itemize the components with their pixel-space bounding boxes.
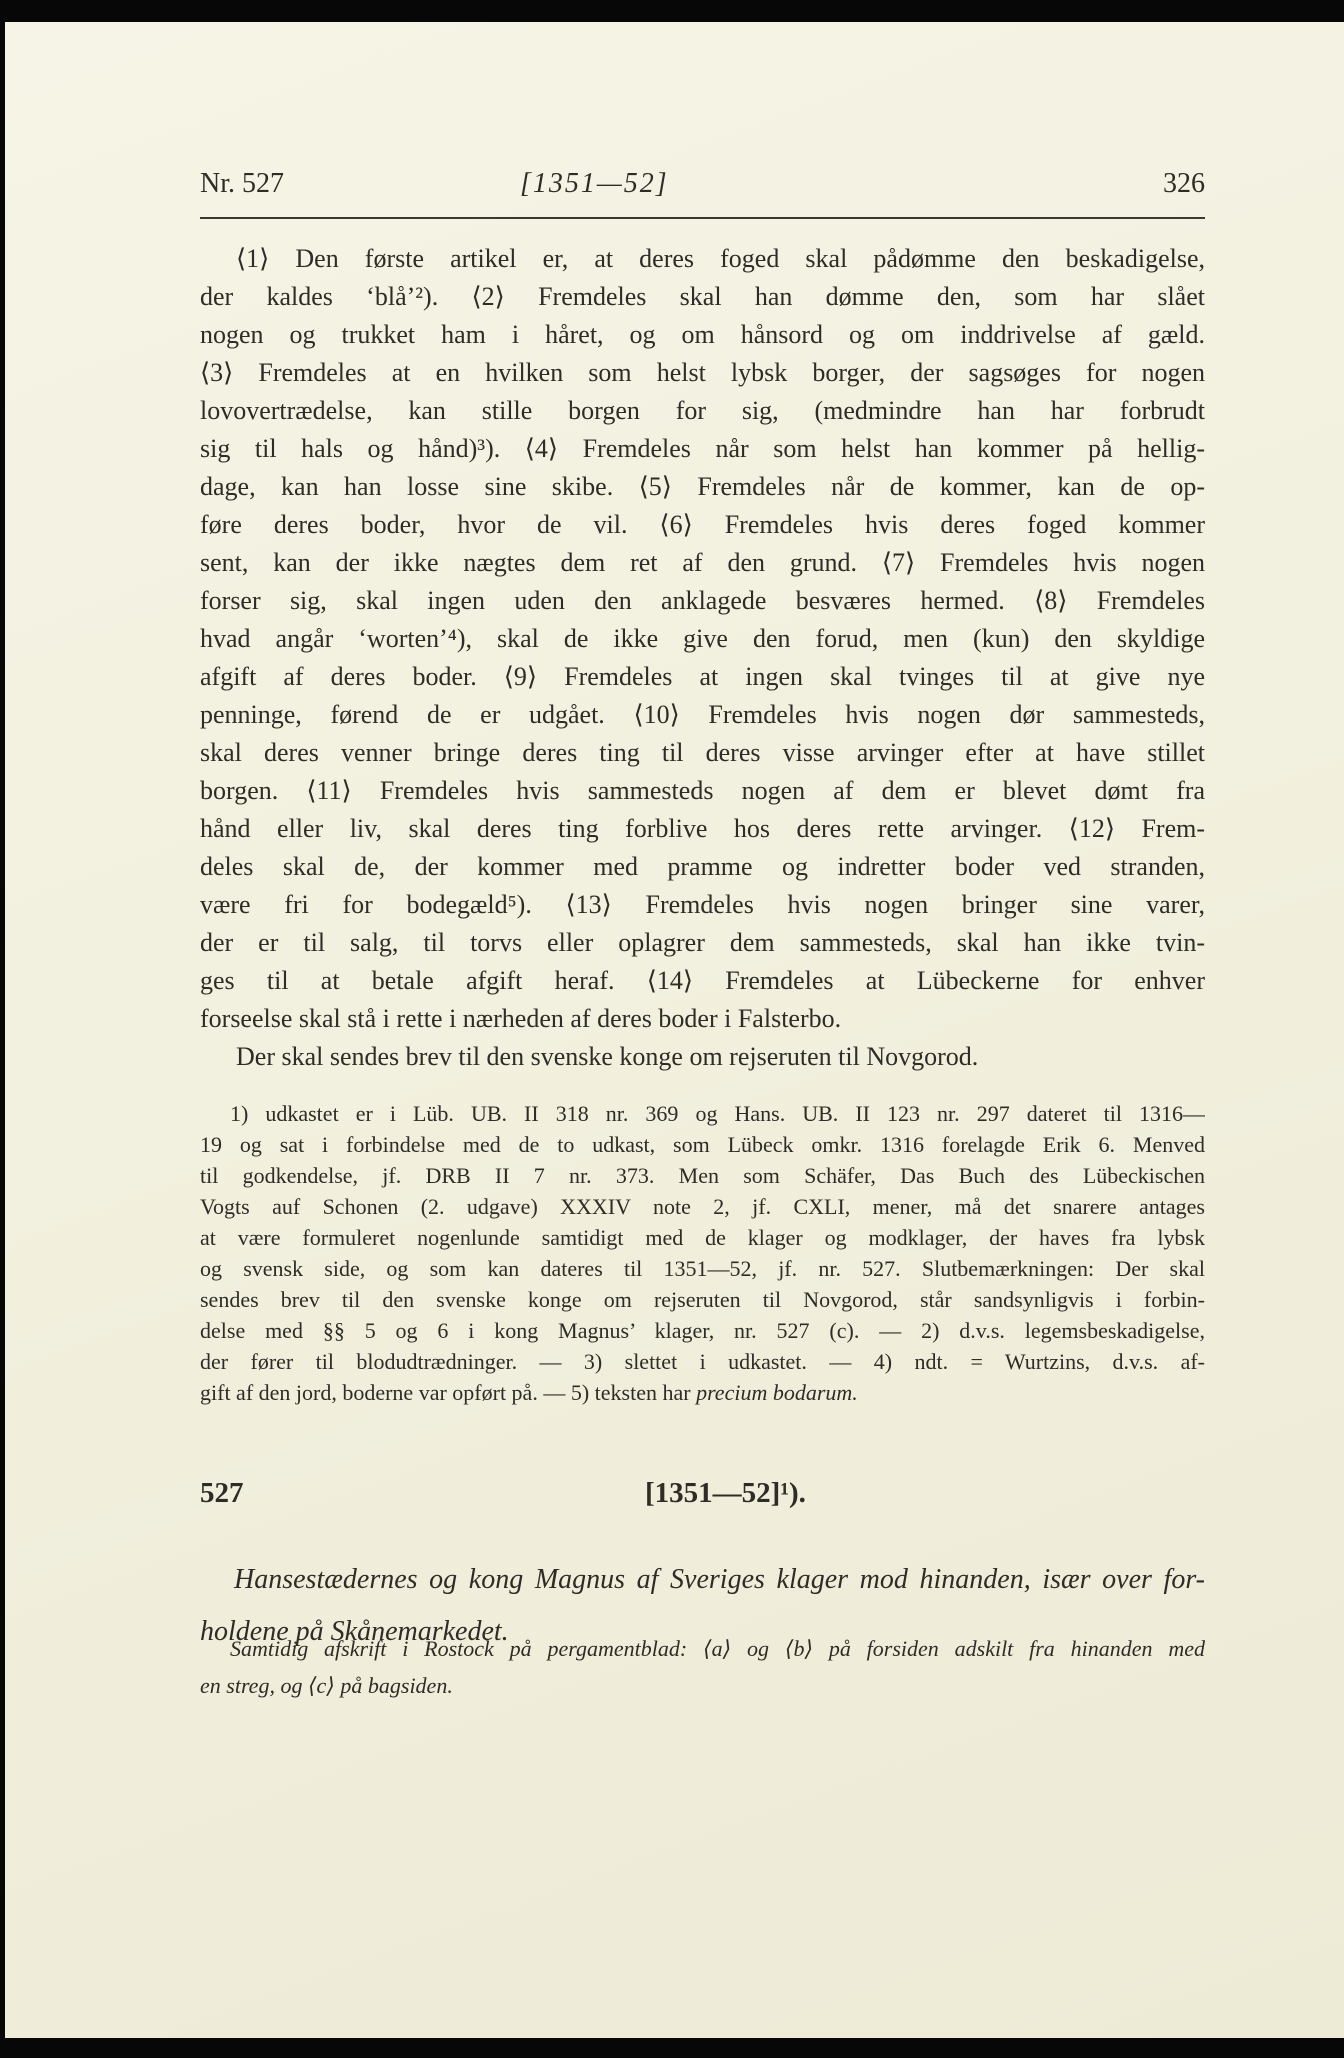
- page-header: Nr. 527 [1351—52] 326: [200, 168, 1205, 208]
- text-line: gift af den jord, boderne var opført på.…: [200, 1377, 1205, 1408]
- text-line: Samtidig afskrift i Rostock på pergament…: [200, 1630, 1205, 1667]
- text-line: forser sig, skal ingen uden den anklaged…: [200, 582, 1205, 620]
- text-line: der er til salg, til torvs eller oplagre…: [200, 924, 1205, 962]
- text-line: Der skal sendes brev til den svenske kon…: [200, 1038, 1205, 1076]
- italic-text-segment: precium bodarum.: [696, 1380, 858, 1405]
- text-line: sendes brev til den svenske konge om rej…: [200, 1284, 1205, 1315]
- text-line: ges til at betale afgift heraf. ⟨14⟩ Fre…: [200, 962, 1205, 1000]
- text-line: lovovertrædelse, kan stille borgen for s…: [200, 392, 1205, 430]
- text-line: nogen og trukket ham i håret, og om håns…: [200, 316, 1205, 354]
- text-line: ⟨3⟩ Fremdeles at en hvilken som helst ly…: [200, 354, 1205, 392]
- section-number: 527: [200, 1477, 244, 1510]
- scan-border-top: [0, 0, 1344, 22]
- footnotes-block: 1) udkastet er i Lüb. UB. II 318 nr. 369…: [200, 1098, 1205, 1408]
- text-line: hvad angår ‘worten’⁴), skal de ikke give…: [200, 620, 1205, 658]
- text-line: dage, kan han losse sine skibe. ⟨5⟩ Frem…: [200, 468, 1205, 506]
- text-line: skal deres venner bringe deres ting til …: [200, 734, 1205, 772]
- text-line: penninge, førend de er udgået. ⟨10⟩ Frem…: [200, 696, 1205, 734]
- document-number-header: Nr. 527: [200, 168, 284, 200]
- text-line: delse med §§ 5 og 6 i kong Magnus’ klage…: [200, 1315, 1205, 1346]
- page-number: 326: [1163, 168, 1205, 200]
- text-line: 19 og sat i forbindelse med de to udkast…: [200, 1129, 1205, 1160]
- text-line: borgen. ⟨11⟩ Fremdeles hvis sammesteds n…: [200, 772, 1205, 810]
- text-line: 1) udkastet er i Lüb. UB. II 318 nr. 369…: [200, 1098, 1205, 1129]
- text-line: der kaldes ‘blå’²). ⟨2⟩ Fremdeles skal h…: [200, 278, 1205, 316]
- text-line: der fører til blodudtrædninger. — 3) sle…: [200, 1346, 1205, 1377]
- text-line: sent, kan der ikke nægtes dem ret af den…: [200, 544, 1205, 582]
- text-line: forseelse skal stå i rette i nærheden af…: [200, 1000, 1205, 1038]
- header-rule: [200, 217, 1205, 219]
- date-range-header: [1351—52]: [520, 168, 669, 200]
- body-paragraph-2: Der skal sendes brev til den svenske kon…: [200, 1038, 1205, 1076]
- page-paper: Nr. 527 [1351—52] 326 ⟨1⟩ Den første art…: [5, 22, 1344, 2038]
- text-line: føre deres boder, hvor de vil. ⟨6⟩ Fremd…: [200, 506, 1205, 544]
- body-paragraph-1: ⟨1⟩ Den første artikel er, at deres foge…: [200, 240, 1205, 1038]
- provenance-note: Samtidig afskrift i Rostock på pergament…: [200, 1630, 1205, 1704]
- text-line: Hansestædernes og kong Magnus af Sverige…: [200, 1554, 1205, 1606]
- text-line: deles skal de, der kommer med pramme og …: [200, 848, 1205, 886]
- text-line: afgift af deres boder. ⟨9⟩ Fremdeles at …: [200, 658, 1205, 696]
- scan-border-bottom: [0, 2038, 1344, 2058]
- text-line: sig til hals og hånd)³). ⟨4⟩ Fremdeles n…: [200, 430, 1205, 468]
- text-line: at være formuleret nogenlunde samtidigt …: [200, 1222, 1205, 1253]
- text-line: og svensk side, og som kan dateres til 1…: [200, 1253, 1205, 1284]
- scanned-book-page: { "colors": { "paper": "#f2f0de", "ink":…: [0, 0, 1344, 2058]
- text-line: en streg, og ⟨c⟩ på bagsiden.: [200, 1667, 1205, 1704]
- text-line: hånd eller liv, skal deres ting forblive…: [200, 810, 1205, 848]
- text-line: Vogts auf Schonen (2. udgave) XXXIV note…: [200, 1191, 1205, 1222]
- section-heading: 527 [1351—52]¹).: [200, 1477, 1205, 1517]
- section-date-heading: [1351—52]¹).: [645, 1477, 806, 1510]
- text-line: til godkendelse, jf. DRB II 7 nr. 373. M…: [200, 1160, 1205, 1191]
- text-segment: gift af den jord, boderne var opført på.…: [200, 1380, 696, 1405]
- text-line: ⟨1⟩ Den første artikel er, at deres foge…: [200, 240, 1205, 278]
- text-line: være fri for bodegæld⁵). ⟨13⟩ Fremdeles …: [200, 886, 1205, 924]
